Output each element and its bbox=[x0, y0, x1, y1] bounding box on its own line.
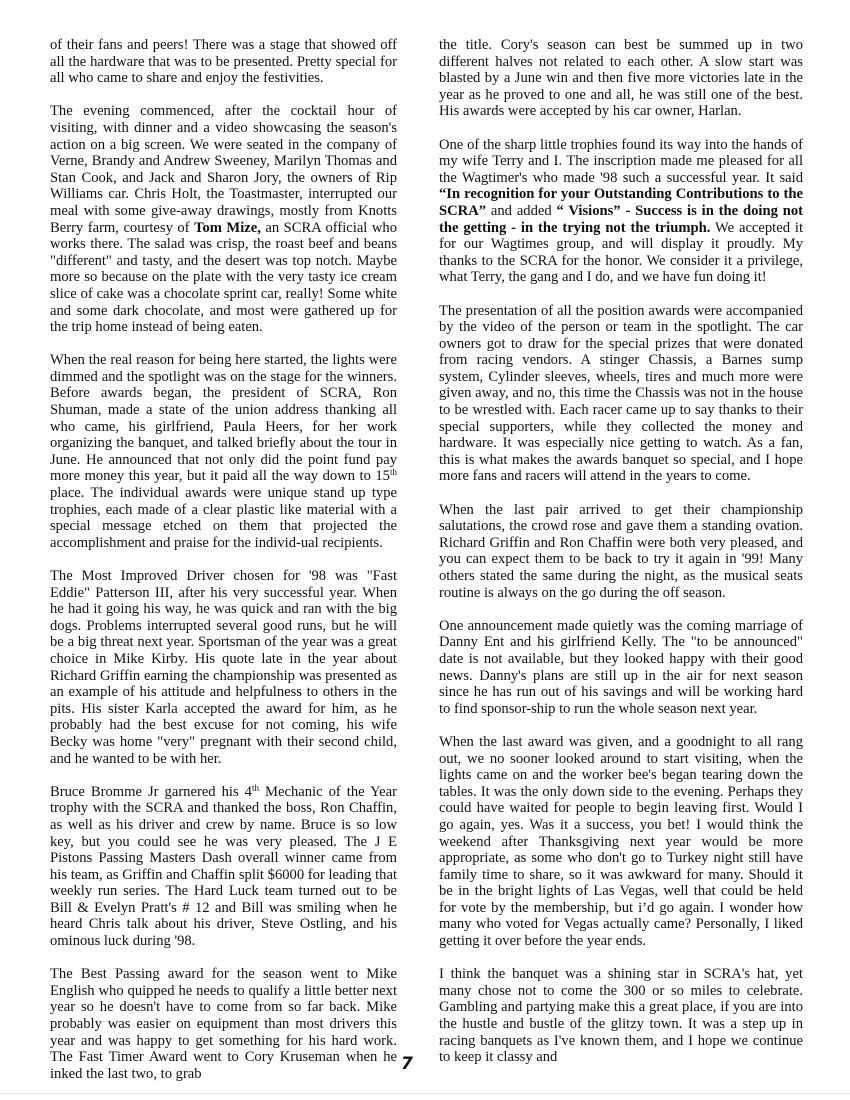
paragraph-text: The evening commenced, after the cocktai… bbox=[50, 103, 397, 235]
paragraph-text: One announcement made quietly was the co… bbox=[439, 618, 803, 717]
bold-name-tom-mize: Tom Mize, bbox=[194, 220, 261, 236]
paragraph-most-improved-driver: The Most Improved Driver chosen for '98 … bbox=[50, 568, 397, 767]
page-number: 7 bbox=[401, 1054, 413, 1074]
paragraph-text: One of the sharp little trophies found i… bbox=[439, 137, 803, 186]
paragraph-evening-commenced: The evening commenced, after the cocktai… bbox=[50, 103, 397, 335]
paragraph-real-reason: When the real reason for being here star… bbox=[50, 352, 397, 551]
paragraph-text: When the real reason for being here star… bbox=[50, 352, 397, 484]
paragraph-text: The presentation of all the position awa… bbox=[439, 303, 803, 485]
paragraph-position-awards: The presentation of all the position awa… bbox=[439, 303, 803, 486]
paragraph-text: When the last pair arrived to get their … bbox=[439, 502, 803, 601]
paragraph-fans-and-peers: of their fans and peers! There was a sta… bbox=[50, 37, 397, 87]
paragraph-text: and added bbox=[486, 203, 557, 219]
paragraph-text: I think the banquet was a shining star i… bbox=[439, 966, 803, 1065]
paragraph-text: place. The individual awards were unique… bbox=[50, 485, 397, 551]
left-column: of their fans and peers! There was a sta… bbox=[50, 37, 397, 1099]
paragraph-corys-season: the title. Cory's season can best be sum… bbox=[439, 37, 803, 120]
paragraph-text: Mechanic of the Year trophy with the SCR… bbox=[50, 784, 397, 949]
right-column: the title. Cory's season can best be sum… bbox=[439, 37, 803, 1082]
paragraph-trophy-inscription: One of the sharp little trophies found i… bbox=[439, 137, 803, 286]
paragraph-text: The Most Improved Driver chosen for '98 … bbox=[50, 568, 397, 767]
ordinal-superscript: th bbox=[390, 467, 397, 477]
paragraph-championship-salutations: When the last pair arrived to get their … bbox=[439, 502, 803, 602]
paragraph-text: an SCRA official who works there. The sa… bbox=[50, 220, 397, 336]
paragraph-mechanic-of-year: Bruce Bromme Jr garnered his 4th Mechani… bbox=[50, 784, 397, 950]
paragraph-text: Bruce Bromme Jr garnered his 4 bbox=[50, 784, 252, 800]
paragraph-last-award: When the last award was given, and a goo… bbox=[439, 734, 803, 950]
paragraph-best-passing: The Best Passing award for the season we… bbox=[50, 966, 397, 1082]
ordinal-superscript: th bbox=[252, 783, 259, 793]
paragraph-text: the title. Cory's season can best be sum… bbox=[439, 37, 803, 119]
page-bottom-edge bbox=[0, 1093, 850, 1094]
paragraph-text: of their fans and peers! There was a sta… bbox=[50, 37, 397, 86]
paragraph-text: The Best Passing award for the season we… bbox=[50, 966, 397, 1082]
paragraph-announcement: One announcement made quietly was the co… bbox=[439, 618, 803, 718]
paragraph-shining-star: I think the banquet was a shining star i… bbox=[439, 966, 803, 1066]
paragraph-text: When the last award was given, and a goo… bbox=[439, 734, 803, 949]
